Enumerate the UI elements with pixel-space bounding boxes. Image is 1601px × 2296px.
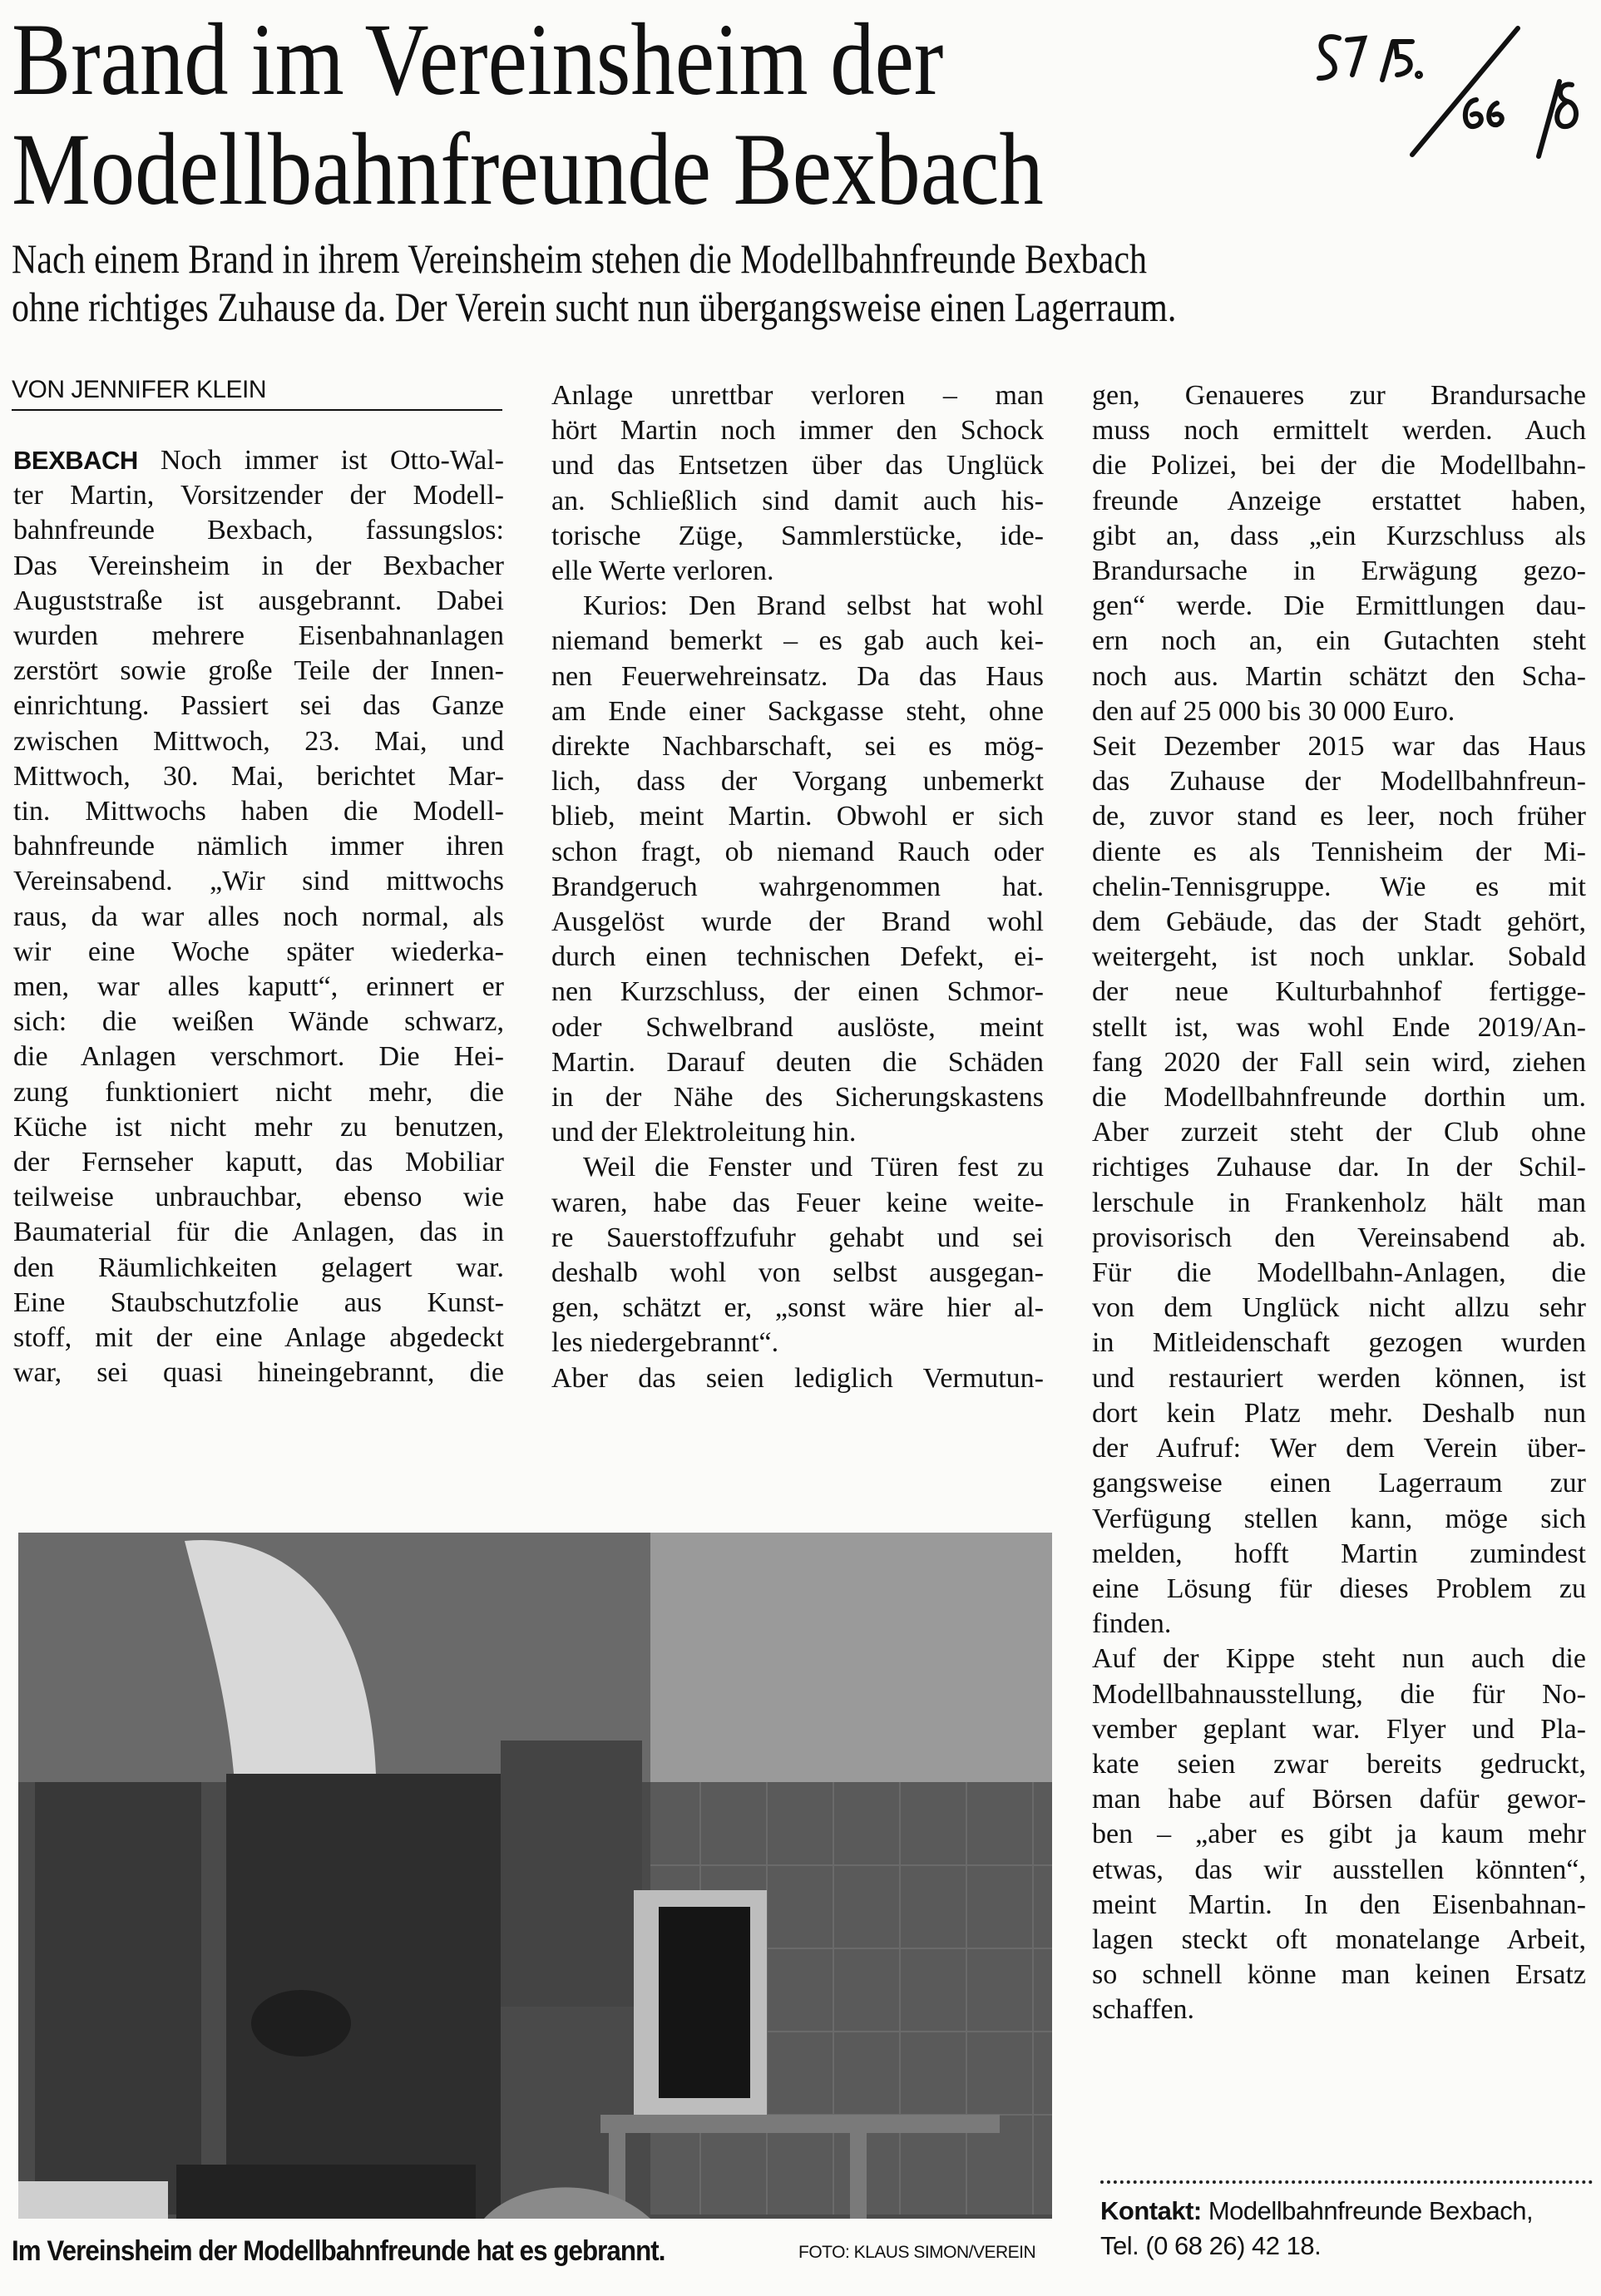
text-line: Noch immer ist Otto-Wal- (161, 445, 504, 476)
text-line: und der Elektroleitung hin. (551, 1115, 1044, 1150)
text-line: am Ende einer Sackgasse steht, ohne (551, 694, 1044, 729)
text-line: teilweise unbrauchbar, ebenso wie (13, 1180, 504, 1215)
text-line: die Modellbahnfreunde dorthin um. (1092, 1080, 1586, 1115)
text-line: tin. Mittwochs haben die Modell- (13, 794, 504, 829)
paragraph: Aber das seien lediglich Vermutun- (551, 1361, 1044, 1396)
text-line: schaffen. (1092, 1992, 1586, 2027)
text-line: raus, da war alles noch normal, als (13, 900, 504, 935)
text-line: Anlage unrettbar verloren – man (551, 378, 1044, 413)
text-line: in Mitleidenschaft gezogen wurden (1092, 1326, 1586, 1360)
text-line: Baumaterial für die Anlagen, das in (13, 1215, 504, 1250)
paragraph: Anlage unrettbar verloren – manhört Mart… (551, 378, 1044, 589)
text-line: der neue Kulturbahnhof fertigge- (1092, 975, 1586, 1010)
photo-caption: Im Vereinsheim der Modellbahnfreunde hat… (12, 2235, 665, 2268)
text-line: die Polizei, bei der die Modellbahn- (1092, 448, 1586, 483)
text-line: von dem Unglück nicht allzu sehr (1092, 1291, 1586, 1326)
text-line: diente es als Tennisheim der Mi- (1092, 835, 1586, 870)
text-line: Auf der Kippe steht nun auch die (1092, 1642, 1586, 1676)
text-line: in der Nähe des Sicherungskastens (551, 1080, 1044, 1115)
deck-line-2: ohne richtiges Zuhause da. Der Verein su… (12, 283, 1176, 331)
text-line: an. Schließlich sind damit auch his- (551, 484, 1044, 519)
text-line: Ausgelöst wurde der Brand wohl (551, 905, 1044, 940)
text-line: gibt an, dass „ein Kurzschluss als (1092, 519, 1586, 554)
article-photo (18, 1533, 1052, 2219)
text-line: etwas, das wir ausstellen könnten“, (1092, 1853, 1586, 1888)
text-line: blieb, meint Martin. Obwohl er sich (551, 799, 1044, 834)
text-line: BEXBACH Noch immer ist Otto-Wal- (13, 443, 504, 478)
text-line: niemand bemerkt – es gab auch kei- (551, 624, 1044, 659)
text-line: torische Züge, Sammlerstücke, ide- (551, 519, 1044, 554)
text-line: ern noch an, ein Gutachten steht (1092, 624, 1586, 659)
text-line: Aber das seien lediglich Vermutun- (551, 1361, 1044, 1396)
article-column-3: gen, Genaueres zur Brandursachemuss noch… (1092, 378, 1586, 2028)
text-line: und das Entsetzen über das Unglück (551, 448, 1044, 483)
text-line: Verfügung stellen kann, möge sich (1092, 1502, 1586, 1537)
text-line: freunde Anzeige erstattet haben, (1092, 484, 1586, 519)
text-line: richtiges Zuhause dar. In der Schil- (1092, 1150, 1586, 1185)
text-line: muss noch ermittelt werden. Auch (1092, 413, 1586, 448)
text-line: les niedergebrannt“. (551, 1326, 1044, 1360)
text-line: Seit Dezember 2015 war das Haus (1092, 729, 1586, 764)
text-line: zung funktioniert nicht mehr, die (13, 1075, 504, 1110)
text-line: so schnell könne man keinen Ersatz (1092, 1958, 1586, 1992)
text-line: Mittwoch, 30. Mai, berichtet Mar- (13, 759, 504, 794)
text-line: dem Gebäude, das der Stadt gehört, (1092, 905, 1586, 940)
dateline: BEXBACH (13, 446, 138, 475)
text-line: das Zuhause der Modellbahnfreun- (1092, 764, 1586, 799)
text-line: sich: die weißen Wände schwarz, (13, 1005, 504, 1039)
text-line: oder Schwelbrand auslöste, meint (551, 1010, 1044, 1045)
paragraph: BEXBACH Noch immer ist Otto-Wal- ter Mar… (13, 443, 504, 1390)
headline-line-2: Modellbahnfreunde Bexbach (12, 115, 1085, 225)
text-line: Das Vereinsheim in der Bexbacher (13, 549, 504, 584)
text-line: man habe auf Börsen dafür gewor- (1092, 1782, 1586, 1817)
paragraph: Auf der Kippe steht nun auch dieModellba… (1092, 1642, 1586, 2027)
paragraph: gen, Genaueres zur Brandursachemuss noch… (1092, 378, 1586, 729)
article-deck: Nach einem Brand in ihrem Vereinsheim st… (12, 235, 1176, 331)
text-line: wurden mehrere Eisenbahnanlagen (13, 619, 504, 654)
text-line: Vereinsabend. „Wir sind mittwochs (13, 864, 504, 899)
text-line: meint Martin. In den Eisenbahnan- (1092, 1888, 1586, 1923)
dotted-divider (1100, 2180, 1593, 2184)
text-line: kate seien zwar bereits gedruckt, (1092, 1747, 1586, 1782)
text-line: stoff, mit der eine Anlage abgedeckt (13, 1321, 504, 1355)
text-line: gangsweise einen Lagerraum zur (1092, 1466, 1586, 1501)
text-line: stellt ist, was wohl Ende 2019/An- (1092, 1010, 1586, 1045)
text-line: lagen steckt oft monatelange Arbeit, (1092, 1923, 1586, 1958)
text-line: fang 2020 der Fall sein wird, ziehen (1092, 1045, 1586, 1080)
contact-name: Modellbahnfreunde Bexbach, (1208, 2196, 1533, 2225)
text-line: Modellbahnausstellung, die für No- (1092, 1677, 1586, 1712)
text-line: durch einen technischen Defekt, ei- (551, 940, 1044, 975)
text-line: den Räumlichkeiten gelagert war. (13, 1251, 504, 1286)
text-line: gen, schätzt er, „sonst wäre hier al- (551, 1291, 1044, 1326)
text-line: zwischen Mittwoch, 23. Mai, und (13, 724, 504, 759)
text-line: wir eine Woche später wiederka- (13, 935, 504, 970)
text-line: ben – „aber es gibt ja kaum mehr (1092, 1817, 1586, 1852)
text-line: dort kein Platz mehr. Deshalb nun (1092, 1396, 1586, 1431)
text-line: re Sauerstoffzufuhr gehabt und sei (551, 1221, 1044, 1256)
text-line: Weil die Fenster und Türen fest zu (551, 1150, 1044, 1185)
text-line: den auf 25 000 bis 30 000 Euro. (1092, 694, 1586, 729)
text-line: lerschule in Frankenholz hält man (1092, 1186, 1586, 1221)
text-line: men, war alles kaputt“, erinnert er (13, 970, 504, 1005)
text-line: Brandgeruch wahrgenommen hat. (551, 870, 1044, 905)
photo-credit: FOTO: KLAUS SIMON/VEREIN (798, 2243, 1035, 2263)
byline: VON JENNIFER KLEIN (12, 376, 502, 411)
text-line: waren, habe das Feuer keine weite- (551, 1186, 1044, 1221)
text-line: chelin-Tennisgruppe. Wie es mit (1092, 870, 1586, 905)
paragraph: Kurios: Den Brand selbst hat wohlniemand… (551, 589, 1044, 1150)
text-line: Kurios: Den Brand selbst hat wohl (551, 589, 1044, 624)
text-line: Aber zurzeit steht der Club ohne (1092, 1115, 1586, 1150)
text-line: war, sei quasi hineingebrannt, die (13, 1355, 504, 1390)
handwritten-date-note (1272, 23, 1597, 173)
text-line: elle Werte verloren. (551, 554, 1044, 589)
text-line: direkte Nachbarschaft, sei es mög- (551, 729, 1044, 764)
paragraph: Seit Dezember 2015 war das Hausdas Zuhau… (1092, 729, 1586, 1642)
contact-phone: Tel. (0 68 26) 42 18. (1100, 2229, 1593, 2264)
text-line: und restauriert werden können, ist (1092, 1361, 1586, 1396)
deck-line-1: Nach einem Brand in ihrem Vereinsheim st… (12, 235, 1176, 283)
handwriting-icon (1272, 23, 1597, 173)
contact-label: Kontakt: (1100, 2196, 1202, 2225)
text-line: hört Martin noch immer den Schock (551, 413, 1044, 448)
text-line: lich, dass der Vorgang unbemerkt (551, 764, 1044, 799)
text-line: Martin. Darauf deuten die Schäden (551, 1045, 1044, 1080)
text-line: einrichtung. Passiert sei das Ganze (13, 689, 504, 723)
headline: Brand im Vereinsheim der Modellbahnfreun… (12, 5, 1085, 225)
text-line: nen Feuerwehreinsatz. Da das Haus (551, 659, 1044, 694)
text-line: eine Lösung für dieses Problem zu (1092, 1572, 1586, 1607)
text-line: noch aus. Martin schätzt den Scha- (1092, 659, 1586, 694)
headline-line-1: Brand im Vereinsheim der (12, 5, 1085, 115)
text-line: bahnfreunde nämlich immer ihren (13, 829, 504, 864)
text-line: vember geplant war. Flyer und Pla- (1092, 1712, 1586, 1747)
text-line: der Fernseher kaputt, das Mobiliar (13, 1145, 504, 1180)
paragraph: Weil die Fenster und Türen fest zuwaren,… (551, 1150, 1044, 1360)
text-line: weitergeht, ist noch unklar. Sobald (1092, 940, 1586, 975)
article-column-1: BEXBACH Noch immer ist Otto-Wal- ter Mar… (13, 443, 504, 1390)
text-line: Eine Staubschutzfolie aus Kunst- (13, 1286, 504, 1321)
text-line: zerstört sowie große Teile der Innen- (13, 654, 504, 689)
burned-room-photo-icon (18, 1533, 1052, 2219)
text-line: melden, hofft Martin zumindest (1092, 1537, 1586, 1572)
text-line: schon fragt, ob niemand Rauch oder (551, 835, 1044, 870)
text-line: die Anlagen verschmort. Die Hei- (13, 1039, 504, 1074)
text-line: provisorisch den Vereinsabend ab. (1092, 1221, 1586, 1256)
text-line: Für die Modellbahn-Anlagen, die (1092, 1256, 1586, 1291)
article-column-2: Anlage unrettbar verloren – manhört Mart… (551, 378, 1044, 1396)
text-line: Auguststraße ist ausgebrannt. Dabei (13, 584, 504, 619)
text-line: finden. (1092, 1607, 1586, 1642)
text-line: gen“ werde. Die Ermittlungen dau- (1092, 589, 1586, 624)
text-line: ter Martin, Vorsitzender der Modell- (13, 478, 504, 513)
text-line: gen, Genaueres zur Brandursache (1092, 378, 1586, 413)
text-line: nen Kurzschluss, der einen Schmor- (551, 975, 1044, 1010)
contact-box: Kontakt: Modellbahnfreunde Bexbach, Tel.… (1100, 2180, 1593, 2264)
text-line: deshalb wohl von selbst ausgegan- (551, 1256, 1044, 1291)
text-line: Brandursache in Erwägung gezo- (1092, 554, 1586, 589)
text-line: de, zuvor stand es leer, noch früher (1092, 799, 1586, 834)
text-line: Küche ist nicht mehr zu benutzen, (13, 1110, 504, 1145)
contact-line-1: Kontakt: Modellbahnfreunde Bexbach, (1100, 2194, 1593, 2229)
text-line: der Aufruf: Wer dem Verein über- (1092, 1431, 1586, 1466)
text-line: bahnfreunde Bexbach, fassungslos: (13, 513, 504, 548)
